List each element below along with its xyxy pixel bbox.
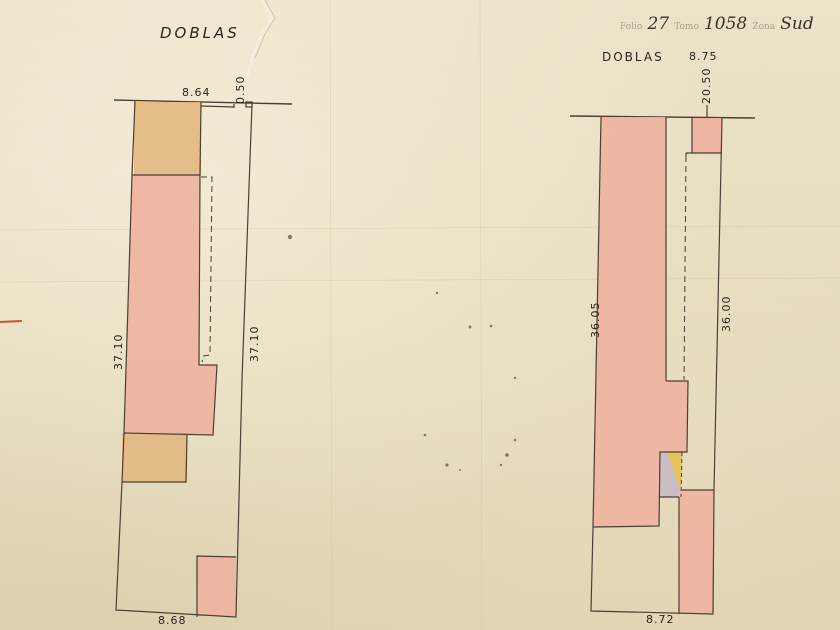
right-street-width: 8.75: [689, 50, 718, 63]
zone-label: Zona: [752, 22, 775, 32]
left-dashed-boundary: [201, 177, 212, 362]
right-back-width: 8.72: [646, 613, 675, 626]
right-depth-right: 36.00: [720, 296, 733, 333]
right-lot-plan: [570, 105, 755, 614]
left-depth-right: 37.10: [248, 326, 261, 363]
right-pink-rear-annex: [679, 490, 714, 614]
folio-label: Folio: [620, 22, 642, 32]
paper-stains: [288, 235, 517, 471]
red-margin-mark: [0, 321, 22, 322]
left-ochre-front-block: [134, 102, 201, 176]
left-street-name: DOBLAS: [160, 24, 240, 42]
scanned-plan-sheet: Folio 27 Tomo 1058 Zona Sud DOBLAS 8.64 …: [0, 0, 840, 630]
left-side-gap: 0.50: [234, 76, 247, 105]
left-depth-left: 37.10: [112, 334, 125, 371]
right-front-offset: 20.50: [700, 68, 713, 105]
left-front-width: 8.64: [182, 86, 211, 99]
left-pink-main-building: [124, 175, 217, 435]
right-street-name: DOBLAS: [602, 50, 664, 64]
left-lot-plan: [114, 100, 292, 617]
tomo-value: 1058: [704, 14, 747, 34]
left-ochre-rear-block: [122, 433, 187, 482]
registry-reference: Folio 27 Tomo 1058 Zona Sud: [620, 14, 814, 34]
left-back-width: 8.68: [158, 614, 187, 627]
plan-drawing: [0, 0, 840, 630]
left-pink-rear-annex: [197, 556, 236, 616]
right-pink-front-block: [692, 118, 722, 153]
paper-tear: [247, 0, 272, 78]
folio-value: 27: [647, 14, 669, 34]
tomo-label: Tomo: [674, 22, 699, 32]
right-depth-left: 36.05: [589, 302, 602, 339]
right-dashed-boundary: [684, 156, 686, 380]
zone-value: Sud: [780, 14, 813, 34]
